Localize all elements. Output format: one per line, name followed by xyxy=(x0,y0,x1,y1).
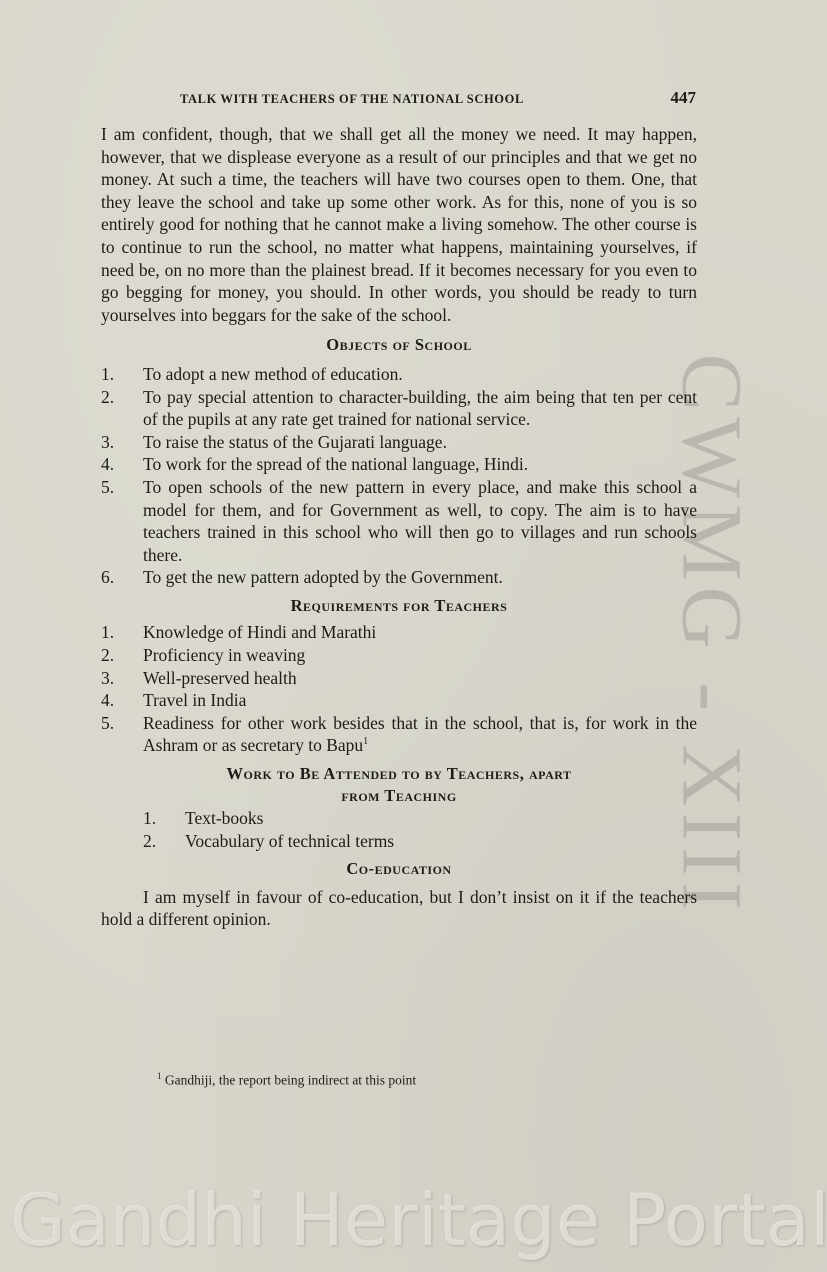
item-number: 6. xyxy=(101,566,143,589)
item-number: 1. xyxy=(101,363,143,386)
list-item: 2.To pay special attention to character-… xyxy=(101,386,697,431)
item-number: 5. xyxy=(101,712,143,757)
heading-work-apart-from-teaching: Work to Be Attended to by Teachers, apar… xyxy=(101,763,697,807)
work-list: 1.Text-books 2.Vocabulary of technical t… xyxy=(101,807,697,852)
list-item: 2.Proficiency in weaving xyxy=(101,644,697,667)
item-text: To pay special attention to character-bu… xyxy=(143,386,697,431)
requirements-list: 1.Knowledge of Hindi and Marathi 2.Profi… xyxy=(101,621,697,757)
item-text: To work for the spread of the national l… xyxy=(143,453,697,476)
coeducation-paragraph: I am myself in favour of co-education, b… xyxy=(101,886,697,931)
list-item: 3.Well-preserved health xyxy=(101,667,697,690)
item-text: Text-books xyxy=(185,807,697,830)
item-text: Readiness for other work besides that in… xyxy=(143,712,697,757)
footnote-text: Gandhiji, the report being indirect at t… xyxy=(165,1073,416,1088)
list-item: 4.To work for the spread of the national… xyxy=(101,453,697,476)
opening-paragraph: I am confident, though, that we shall ge… xyxy=(101,123,697,326)
item-number: 4. xyxy=(101,689,143,712)
heading-co-education: Co-education xyxy=(101,858,697,881)
item-text: Knowledge of Hindi and Marathi xyxy=(143,621,697,644)
item-number: 1. xyxy=(101,807,185,830)
item-text: Proficiency in weaving xyxy=(143,644,697,667)
book-page: Talk with Teachers of the National Schoo… xyxy=(0,0,827,1272)
item-text: Vocabulary of technical terms xyxy=(185,830,697,853)
heading-requirements-for-teachers: Requirements for Teachers xyxy=(101,595,697,618)
list-item: 3.To raise the status of the Gujarati la… xyxy=(101,431,697,454)
list-item: 5.To open schools of the new pattern in … xyxy=(101,476,697,566)
list-item: 6.To get the new pattern adopted by the … xyxy=(101,566,697,589)
item-text: Travel in India xyxy=(143,689,697,712)
running-head-title: Talk with Teachers of the National Schoo… xyxy=(180,92,524,107)
item-text-body: Readiness for other work besides that in… xyxy=(143,713,697,756)
item-number: 2. xyxy=(101,830,185,853)
heading-line-1: Work to Be Attended to by Teachers, apar… xyxy=(226,764,571,783)
footnote-mark: 1 xyxy=(157,1071,162,1081)
footnote: 1 Gandhiji, the report being indirect at… xyxy=(157,1071,416,1089)
list-item: 1.Knowledge of Hindi and Marathi xyxy=(101,621,697,644)
item-text: Well-preserved health xyxy=(143,667,697,690)
item-text: To raise the status of the Gujarati lang… xyxy=(143,431,697,454)
bottom-watermark: Gandhi Heritage Portal xyxy=(10,1178,820,1262)
list-item: 5.Readiness for other work besides that … xyxy=(101,712,697,757)
item-text: To get the new pattern adopted by the Go… xyxy=(143,566,697,589)
item-number: 2. xyxy=(101,386,143,431)
item-number: 3. xyxy=(101,667,143,690)
item-text: To adopt a new method of education. xyxy=(143,363,697,386)
body-text: I am confident, though, that we shall ge… xyxy=(101,123,697,931)
running-head: Talk with Teachers of the National Schoo… xyxy=(180,88,696,108)
footnote-reference[interactable]: 1 xyxy=(363,737,368,748)
list-item: 4.Travel in India xyxy=(101,689,697,712)
heading-line-2: from Teaching xyxy=(341,786,456,805)
list-item: 2.Vocabulary of technical terms xyxy=(101,830,697,853)
item-number: 3. xyxy=(101,431,143,454)
item-number: 5. xyxy=(101,476,143,566)
page-number: 447 xyxy=(671,88,697,108)
item-number: 4. xyxy=(101,453,143,476)
objects-list: 1.To adopt a new method of education. 2.… xyxy=(101,363,697,589)
list-item: 1.To adopt a new method of education. xyxy=(101,363,697,386)
list-item: 1.Text-books xyxy=(101,807,697,830)
heading-objects-of-school: Objects of School xyxy=(101,334,697,357)
item-number: 1. xyxy=(101,621,143,644)
item-text: To open schools of the new pattern in ev… xyxy=(143,476,697,566)
item-number: 2. xyxy=(101,644,143,667)
